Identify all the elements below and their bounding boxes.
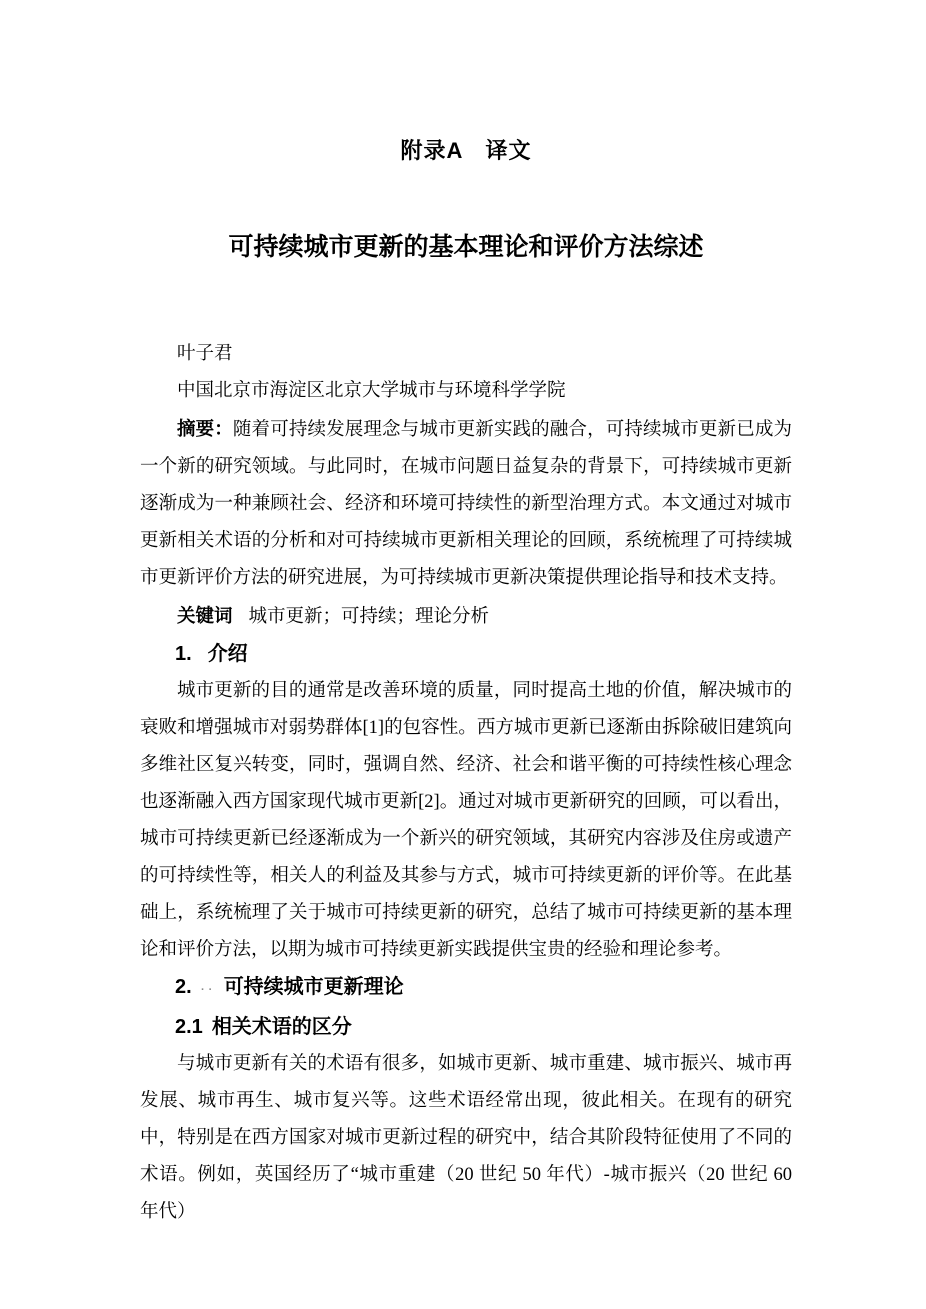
appendix-title: 附录A 译文 <box>140 136 792 166</box>
abstract-label: 摘要： <box>177 418 233 439</box>
author-affiliation: 中国北京市海淀区北京大学城市与环境科学学院 <box>140 373 792 410</box>
document-page: 附录A 译文 可持续城市更新的基本理论和评价方法综述 叶子君 中国北京市海淀区北… <box>0 0 926 1309</box>
section-2-number: 2. <box>175 976 192 998</box>
section-2-1-title: 相关术语的区分 <box>212 1016 352 1038</box>
section-2-1-number: 2.1 <box>175 1016 203 1038</box>
abstract-paragraph: 摘要：随着可持续发展理念与城市更新实践的融合，可持续城市更新已成为一个新的研究领… <box>140 410 792 597</box>
section-1-paragraph: 城市更新的目的通常是改善环境的质量，同时提高土地的价值，解决城市的衰败和增强城市… <box>140 673 792 969</box>
document-title: 可持续城市更新的基本理论和评价方法综述 <box>140 230 792 264</box>
abstract-text: 随着可持续发展理念与城市更新实践的融合，可持续城市更新已成为一个新的研究领域。与… <box>140 420 792 588</box>
tab-leader-dots: ·· <box>194 972 224 1009</box>
keywords-label: 关键词 <box>177 605 233 626</box>
section-2-1-heading: 2.1相关术语的区分 <box>140 1009 792 1046</box>
section-2-1-paragraph: 与城市更新有关的术语有很多，如城市更新、城市重建、城市振兴、城市再发展、城市再生… <box>140 1046 792 1231</box>
section-1-heading: 1.介绍 <box>140 636 792 673</box>
section-2-heading: 2.··可持续城市更新理论 <box>140 969 792 1009</box>
section-2-title: 可持续城市更新理论 <box>224 976 404 998</box>
author-name: 叶子君 <box>140 336 792 373</box>
keywords-text: 城市更新；可持续；理论分析 <box>249 607 490 627</box>
section-1-number: 1. <box>175 643 192 665</box>
keywords-line: 关键词城市更新；可持续；理论分析 <box>140 597 792 636</box>
section-1-title: 介绍 <box>208 643 248 665</box>
